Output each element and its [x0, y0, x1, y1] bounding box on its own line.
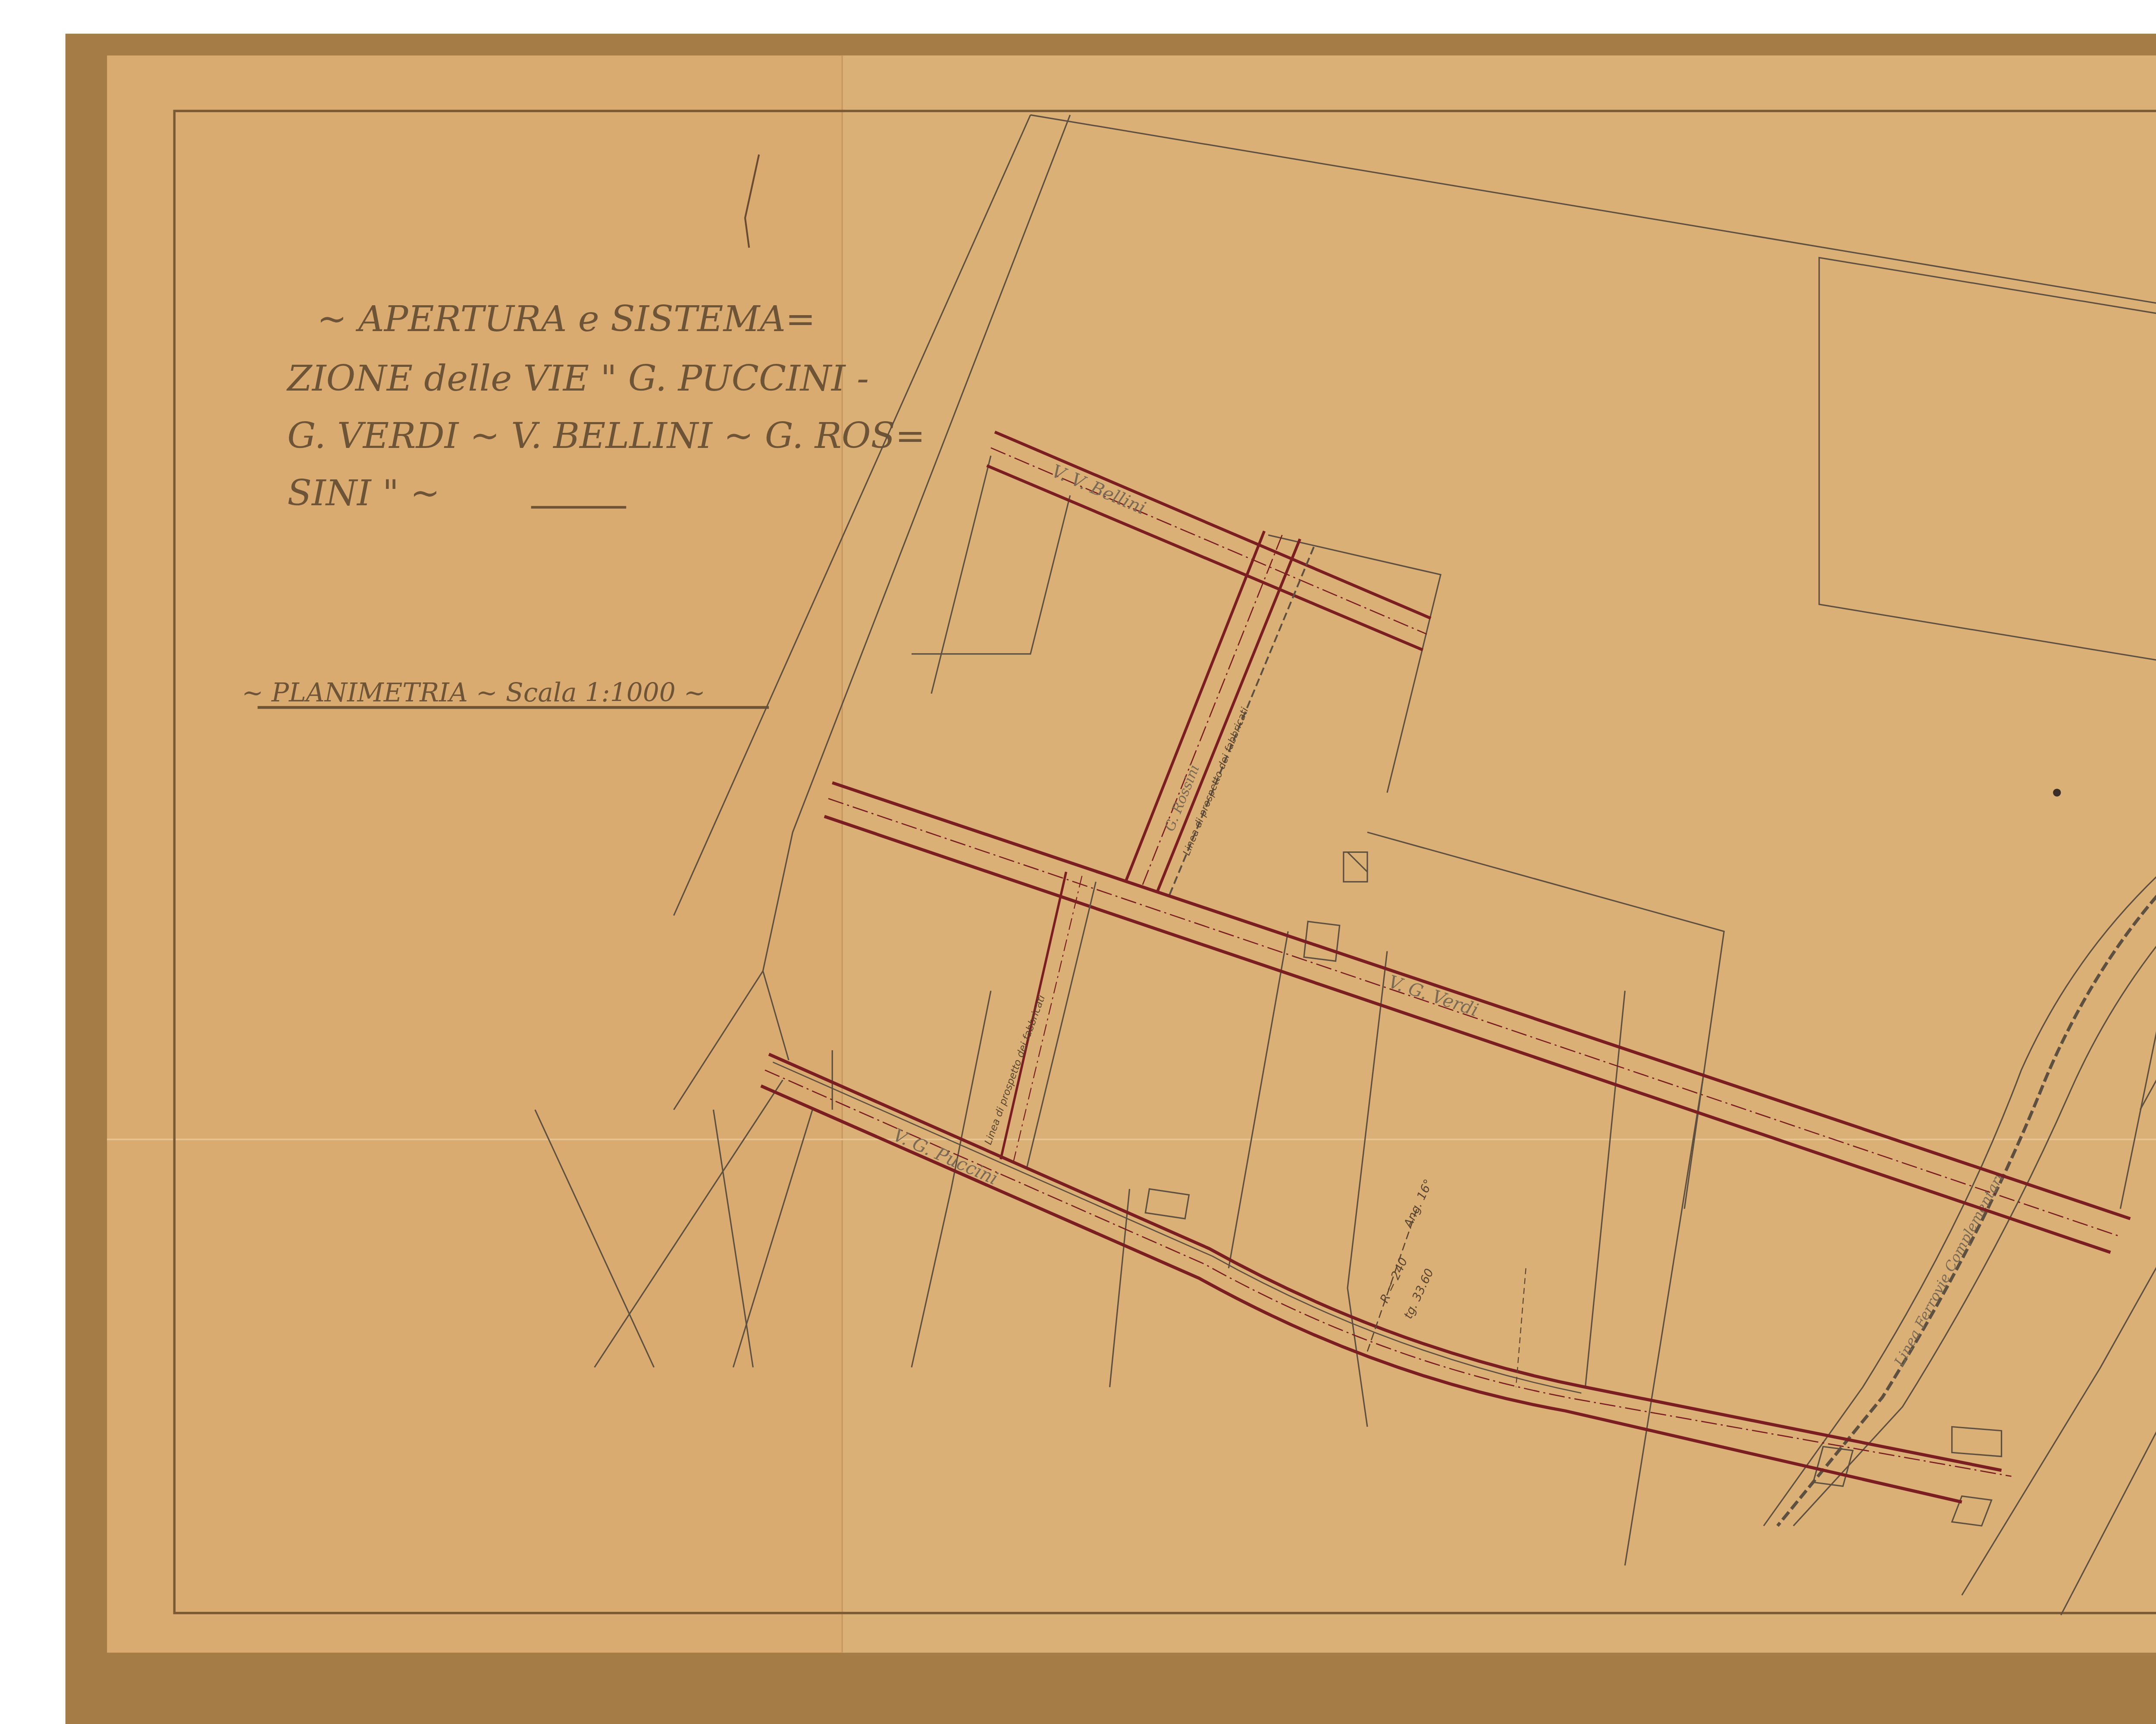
title-line-4: SINI " ~: [287, 472, 440, 514]
map-document: ~ APERTURA e SISTEMA= ZIONE delle VIE " …: [0, 0, 2156, 1724]
plan-canvas: ~ APERTURA e SISTEMA= ZIONE delle VIE " …: [0, 0, 2156, 1724]
title-line-3: G. VERDI ~ V. BELLINI ~ G. ROS=: [287, 415, 925, 457]
sheet-fold-panel: [842, 56, 2156, 1653]
subtitle-block: ~ PLANIMETRIA ~ Scala 1:1000 ~: [242, 678, 769, 708]
ink-spot: [2053, 788, 2061, 796]
subtitle-scale: ~ PLANIMETRIA ~ Scala 1:1000 ~: [242, 678, 705, 708]
title-line-1: ~ APERTURA e SISTEMA=: [317, 298, 815, 340]
title-line-2: ZIONE delle VIE " G. PUCCINI -: [286, 357, 869, 399]
